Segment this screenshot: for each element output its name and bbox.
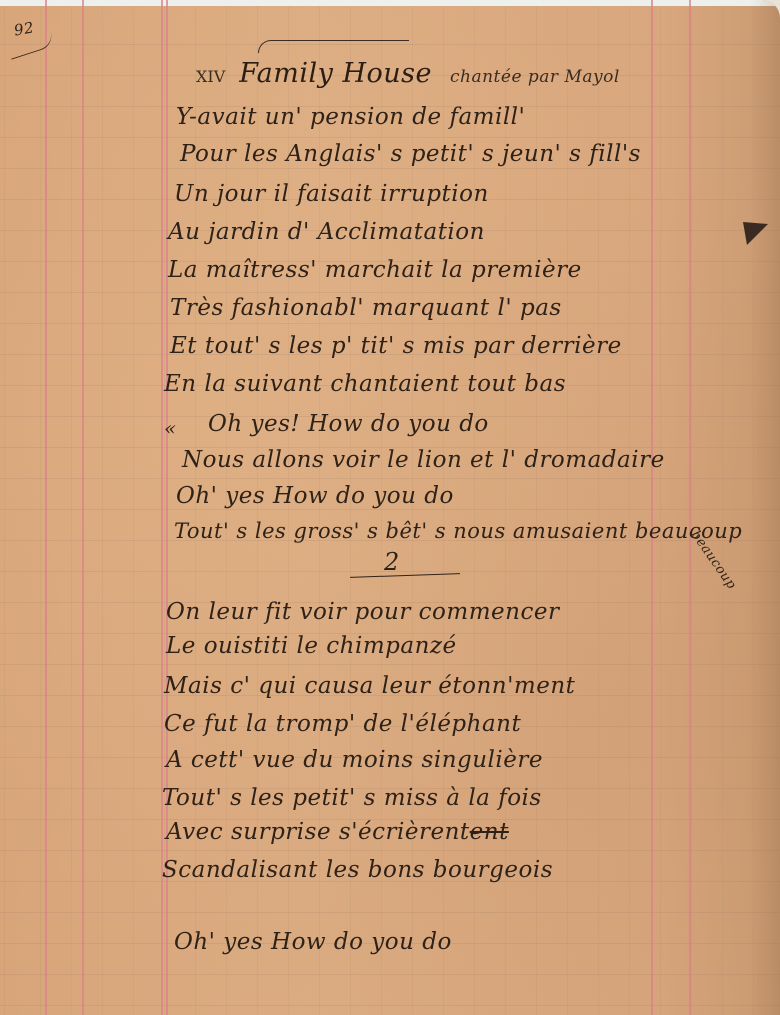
verse-line: Très fashionabl' marquant l' pas <box>170 294 562 322</box>
verse-line: Ce fut la tromp' de l'éléphant <box>164 710 521 738</box>
verse-line: Au jardin d' Acclimatation <box>168 218 485 246</box>
verse-line: En la suivant chantaient tout bas <box>164 370 566 398</box>
verse-number: 2 <box>384 548 400 576</box>
chorus-line: Oh' yes How do you do <box>174 928 452 956</box>
verse-line: Avec surprise s'écrièrentent <box>166 818 509 846</box>
chorus-line: Oh' yes How do you do <box>176 482 454 510</box>
verse-line: Pour les Anglais' s petit' s jeun' s fil… <box>180 140 641 168</box>
section-numeral: XIV <box>196 67 225 86</box>
chorus-line: Nous allons voir le lion et l' dromadair… <box>182 446 665 474</box>
verse-line: Y-avait un' pension de famill' <box>176 103 525 131</box>
title-text: Family House <box>239 58 432 89</box>
margin-rule <box>82 0 84 1015</box>
title-flourish <box>258 40 409 53</box>
verse-line: Scandalisant les bons bourgeois <box>162 856 553 884</box>
margin-rule <box>651 0 653 1015</box>
ditto-quote-mark: « <box>164 416 177 440</box>
verse-line: On leur fit voir pour commencer <box>166 598 559 626</box>
verse-line: A cett' vue du moins singulière <box>166 746 543 774</box>
verse-line: Mais c' qui causa leur étonn'ment <box>164 672 575 700</box>
verse-line: Et tout' s les p' tit' s mis par derrièr… <box>170 332 622 360</box>
verse-line: Tout' s les petit' s miss à la fois <box>162 784 542 812</box>
margin-rule <box>45 0 47 1015</box>
verse-number-underline <box>350 573 460 578</box>
page-edge-shadow <box>750 0 780 1015</box>
title-attribution: chantée par Mayol <box>450 67 620 87</box>
verse-line: Le ouistiti le chimpanzé <box>166 632 457 660</box>
chorus-line: Tout' s les gross' s bêt' s nous amusaie… <box>174 517 742 545</box>
scan-top-edge <box>0 0 780 6</box>
chorus-line: Oh yes! How do you do <box>208 410 489 438</box>
play-triangle-icon <box>741 220 769 246</box>
verse-line: La maîtress' marchait la première <box>168 256 582 284</box>
verse-line: Un jour il faisait irruption <box>174 180 489 208</box>
notebook-page: 92 XIV Family House chantée par Mayol Y-… <box>0 0 780 1015</box>
struck-out-text: ent <box>470 819 509 845</box>
verse-line-text: Avec surprise s'écrièrent <box>166 819 470 845</box>
song-title: XIV Family House chantée par Mayol <box>196 58 620 89</box>
margin-rule <box>689 0 691 1015</box>
